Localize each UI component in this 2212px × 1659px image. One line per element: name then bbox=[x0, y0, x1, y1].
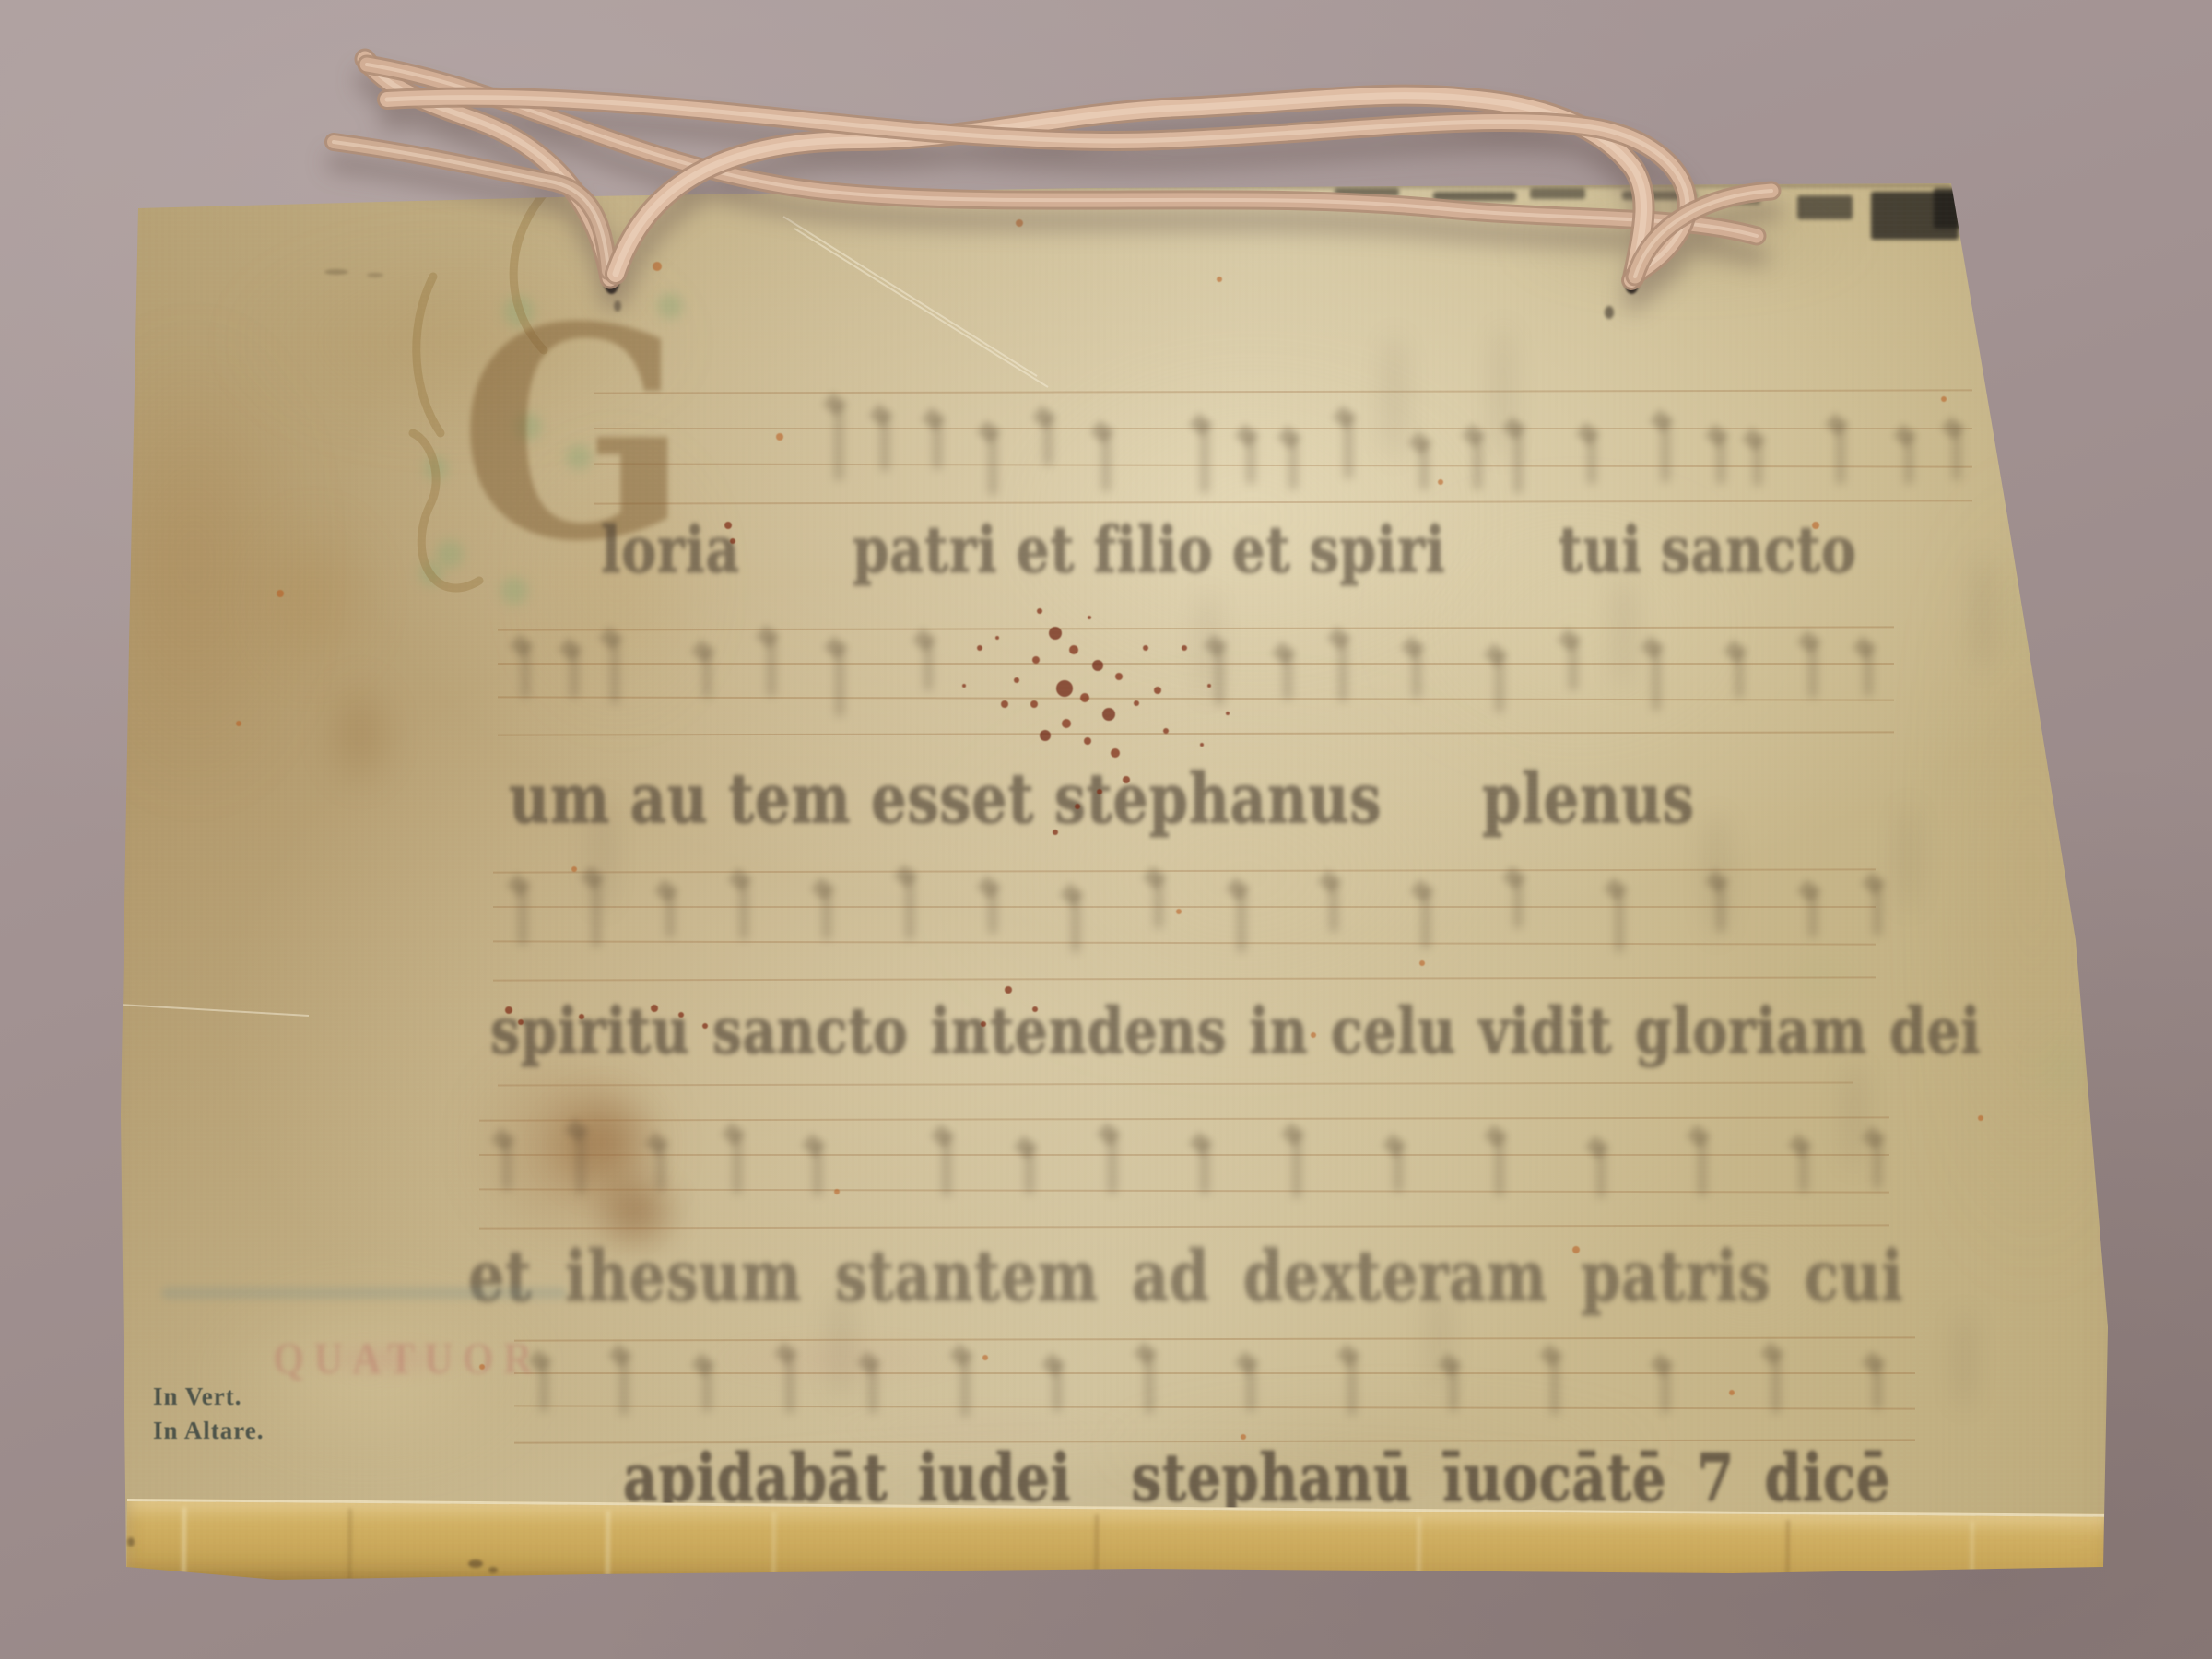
parchment-grain bbox=[0, 0, 2212, 1659]
manuscript: G loria patri et filio et spiri tui sanc… bbox=[0, 0, 2212, 1659]
dark-speck bbox=[109, 1523, 118, 1530]
photo-backdrop: G loria patri et filio et spiri tui sanc… bbox=[0, 0, 2212, 1659]
